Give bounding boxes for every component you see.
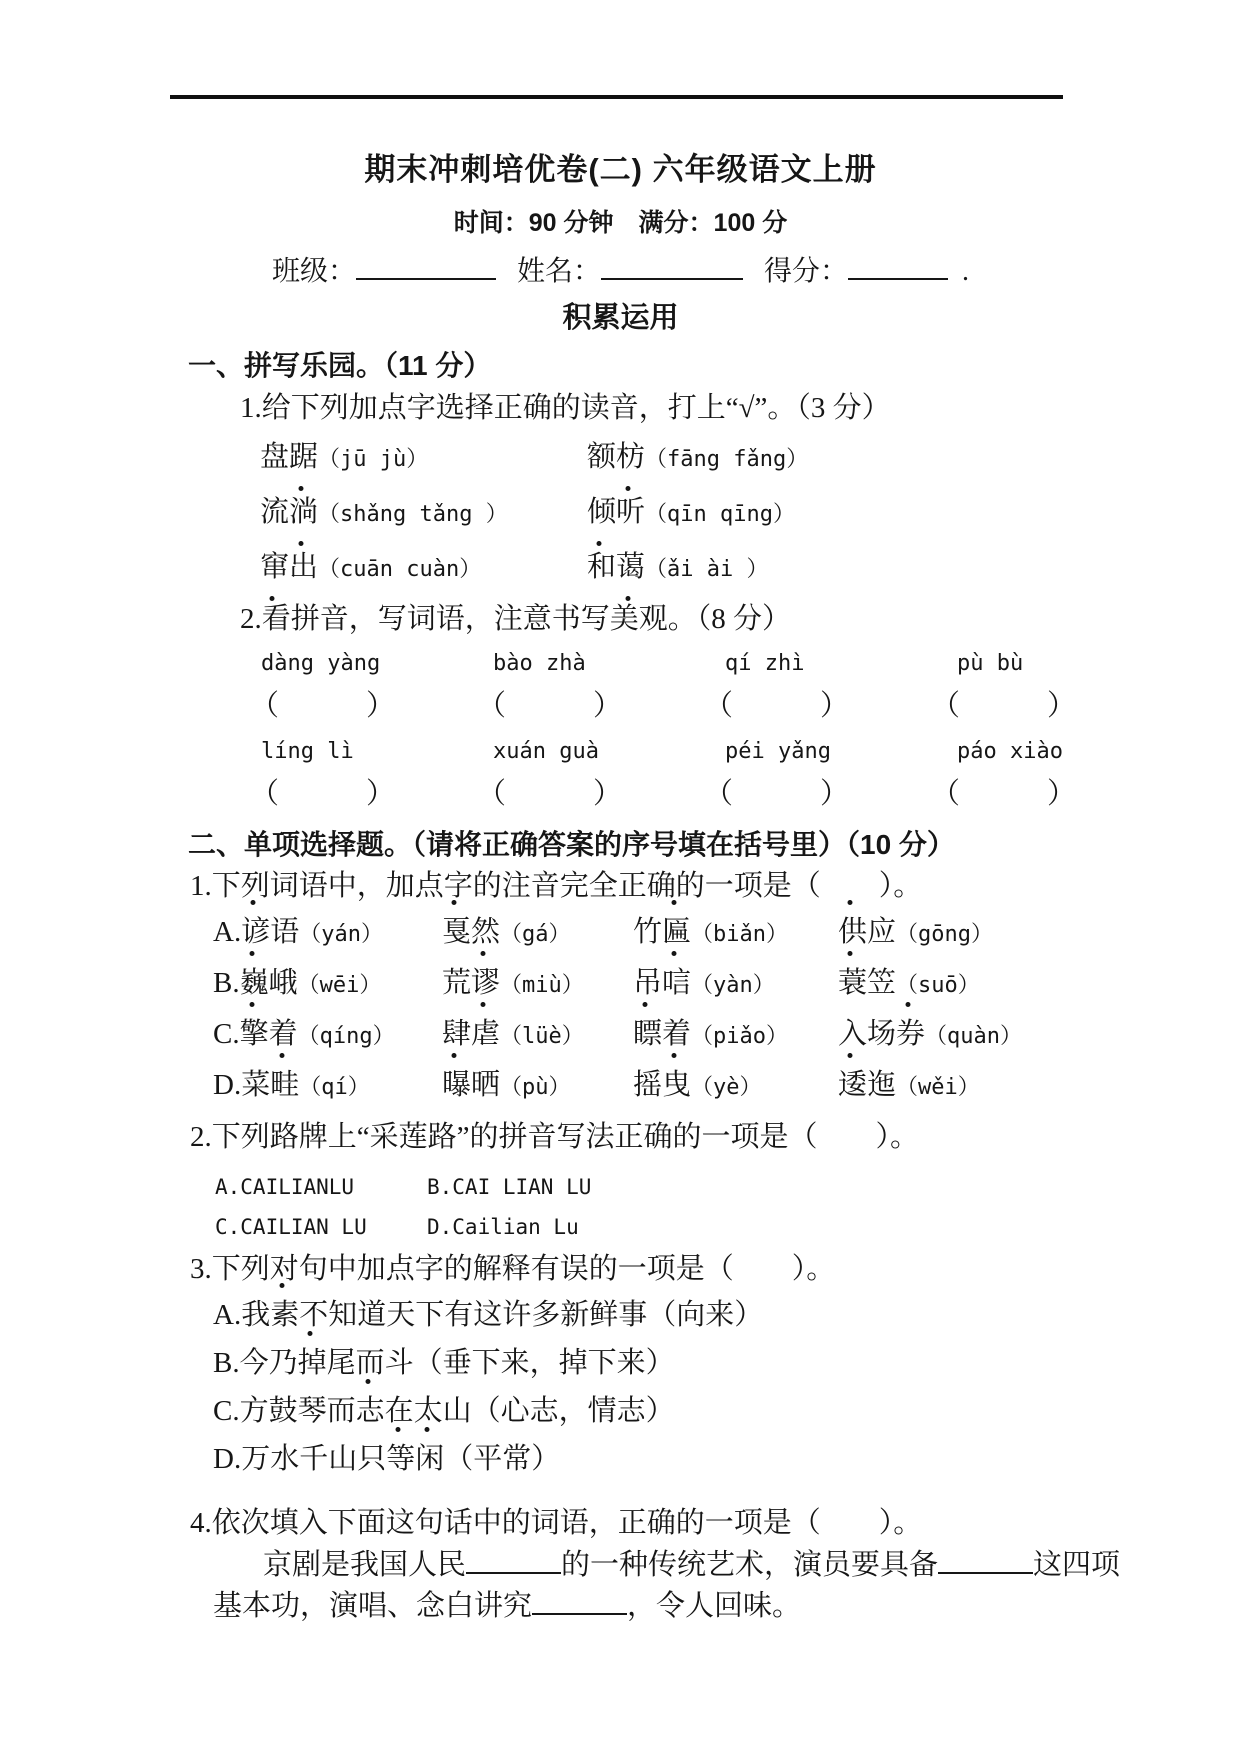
- sec1-q2-paren-row1-col1: （ ）: [250, 683, 477, 730]
- pinyin-text: （yàn）: [691, 973, 775, 998]
- sec1-q1-row2-col2: 倾听（qīn qīng）: [587, 496, 795, 528]
- cn-text: B.今乃: [213, 1347, 298, 1379]
- dotted-char: 匾: [662, 908, 691, 957]
- sec2-q3: 3.下列对句中加点字的解释有误的一项是（ ）。: [170, 1247, 1181, 1291]
- cn-text: 的一种传统艺术，演员要具备: [561, 1549, 938, 1581]
- cn-text: D.Cailian Lu: [427, 1215, 579, 1239]
- dotted-char: 枋: [616, 431, 645, 483]
- sec2-q1-optC-col3: 瞟着（piǎo）: [633, 1010, 838, 1061]
- cn-text: 峨: [269, 967, 298, 999]
- sec1-q1-row1-col1: 盘踞（jū jù）: [260, 431, 587, 486]
- sec1-q2-pinyin-row2-col3: péi yǎng: [725, 730, 957, 771]
- pinyin-text: pù bù: [957, 651, 1023, 676]
- sec2-q1-optD-col3: 摇曳（yè）: [633, 1061, 838, 1112]
- cn-text: 盘: [260, 441, 289, 473]
- cn-text: ，令人回味。: [627, 1590, 801, 1622]
- sec1-q1-row3-col2: 和蔼（ǎi ài ）: [587, 551, 769, 583]
- dotted-char: 蓑: [838, 959, 867, 1008]
- cn-text: 出: [289, 551, 318, 583]
- sec2-q4-para2: 基本功，演唱、念白讲究，令人回味。: [170, 1586, 1181, 1627]
- sec2-q3-optA-col1: A.我素不知道天下有这许多新鲜事（向来）: [213, 1299, 763, 1331]
- cn-text: 不知道天下有这许多新鲜事（向来）: [299, 1299, 763, 1331]
- dotted-char: 蔼: [616, 541, 645, 593]
- sec2-q1-optA-col3: 竹匾（biǎn）: [633, 908, 838, 959]
- sec1-q1-row1: 盘踞（jū jù）额枋（fāng fǎng）: [170, 431, 1181, 486]
- pinyin-text: （qí）: [299, 1075, 370, 1100]
- answer-blank: [466, 1550, 561, 1574]
- sec1-q2-paren-row2-col3: （ ）: [704, 771, 931, 818]
- sec2-q1-col1: 1.下列词语中，加点字的注音完全正确的一项是（ ）。: [190, 870, 922, 902]
- cn-text: 3.下列对句中加点字的解释有误的一项是（ ）。: [190, 1253, 835, 1285]
- sec2-q3-optC-col1: C.方鼓琴而志在太山（心志，情志）: [213, 1395, 675, 1427]
- pinyin-text: （quàn）: [925, 1024, 1022, 1049]
- answer-blank: [938, 1550, 1033, 1574]
- cn-text: （ ）: [477, 778, 622, 810]
- cn-text: A.: [213, 916, 241, 948]
- sec1-q2-pinyin-row1-col3: qí zhì: [725, 642, 957, 683]
- pinyin-text: （wěi）: [896, 1075, 980, 1100]
- exam-paper-page: 期末冲刺培优卷(二) 六年级语文上册 时间：90 分钟 满分：100 分 班级：…: [0, 0, 1241, 1754]
- sec1-q2-paren-row1: （ ）（ ）（ ）（ ）: [170, 683, 1181, 730]
- dotted-char: 瞟: [633, 1010, 662, 1059]
- pinyin-text: （jū jù）: [318, 447, 428, 472]
- cn-text: A.我: [213, 1299, 270, 1331]
- dotted-char: 畦: [270, 1061, 299, 1110]
- sec2-q4-para1-col1: 京剧是我国人民的一种传统艺术，演员要具备这四项: [263, 1549, 1120, 1581]
- dotted-char: 券: [896, 1010, 925, 1059]
- cn-text: 吊: [633, 967, 662, 999]
- sec1-q1-row2: 流淌（shǎng tǎng ）倾听（qīn qīng）: [170, 486, 1181, 541]
- dotted-char: 虐: [471, 1010, 500, 1059]
- cn-text: C.方鼓琴而: [213, 1395, 356, 1427]
- sec2-q2-optCD-col1: C.CAILIAN LU: [215, 1207, 427, 1247]
- sec1-q2-paren-row1-col3: （ ）: [704, 683, 931, 730]
- answer-blank: [532, 1591, 627, 1615]
- info-line: 班级： 姓名： 得分：.: [0, 254, 1241, 288]
- dotted-char: 谬: [471, 959, 500, 1008]
- cn-text: D.: [213, 1069, 241, 1101]
- dotted-char: 淌: [289, 486, 318, 538]
- sec2-q3-optD-col1: D.万水千山只等闲（平常）: [213, 1443, 560, 1475]
- cn-text: B.: [213, 967, 240, 999]
- info-suffix: .: [962, 256, 969, 287]
- cn-text: C.: [213, 1018, 240, 1050]
- cn-text: 荒: [442, 967, 471, 999]
- sec1-q2-paren-row2-col2: （ ）: [477, 771, 704, 818]
- sec1-q2-paren-row2-col4: （ ）: [931, 771, 1158, 818]
- cn-text: B.CAI LIAN LU: [427, 1175, 591, 1199]
- cn-text: 然: [471, 916, 500, 948]
- sec1-q2-paren-row1-col2: （ ）: [477, 683, 704, 730]
- sec2-q2: 2.下列路牌上“采莲路”的拼音写法正确的一项是（ ）。: [170, 1115, 1181, 1159]
- cn-text: （ ）: [704, 690, 849, 722]
- cn-text: 摇: [633, 1069, 662, 1101]
- cn-text: 基本功，演唱、念白讲究: [213, 1590, 532, 1622]
- pinyin-text: （qīn qīng）: [645, 502, 795, 527]
- pinyin-text: qí zhì: [725, 651, 804, 676]
- sec1-q2-pinyin-row2-col4: páo xiào: [957, 730, 1189, 771]
- cn-text: （ ）: [477, 690, 622, 722]
- sec2-q4-para2-col1: 基本功，演唱、念白讲究，令人回味。: [213, 1590, 801, 1622]
- sec1-q2: 2.看拼音，写词语，注意书写美观。（8 分）: [170, 596, 1181, 642]
- top-rule: [170, 95, 1063, 99]
- dotted-char: 逶: [838, 1061, 867, 1110]
- pinyin-text: （yán）: [299, 922, 383, 947]
- sec1-q2-pinyin-row2-col1: líng lì: [261, 730, 493, 771]
- dotted-char: 等: [386, 1435, 415, 1483]
- sec1-q2-pinyin-row1: dàng yàngbào zhàqí zhìpù bù: [170, 642, 1181, 683]
- cn-text: 这四项: [1033, 1549, 1120, 1581]
- sec2-q2-optCD: C.CAILIAN LUD.Cailian Lu: [170, 1207, 1181, 1247]
- sec2-q1-optB-col3: 吊唁（yàn）: [633, 959, 838, 1010]
- pinyin-text: （biǎn）: [691, 922, 788, 947]
- name-label: 姓名：: [517, 256, 601, 287]
- pinyin-text: （fāng fǎng）: [645, 447, 808, 472]
- dotted-char: 巍: [240, 959, 269, 1008]
- dotted-char: 擎: [240, 1010, 269, 1059]
- cn-text: 听: [616, 496, 645, 528]
- pinyin-text: （gá）: [500, 922, 571, 947]
- cn-text: 肆: [442, 1018, 471, 1050]
- sec1-q1-row1-col2: 额枋（fāng fǎng）: [587, 441, 808, 473]
- cn-text: （ ）: [250, 778, 395, 810]
- sec2-q1-optB-col1: B.巍峨（wēi）: [213, 959, 442, 1010]
- cn-text: 和: [587, 551, 616, 583]
- dotted-char: 曝: [442, 1061, 471, 1110]
- dotted-char: 曳: [662, 1061, 691, 1110]
- cn-text: 菜: [241, 1069, 270, 1101]
- sec1-heading-col1: 一、拼写乐园。（11 分）: [188, 350, 491, 381]
- name-field: 姓名：: [517, 256, 743, 287]
- sec2-heading: 二、单项选择题。（请将正确答案的序号填在括号里）（10 分）: [170, 826, 1181, 864]
- cn-text: 二、单项选择题。（请将正确答案的序号填在括号里）（10 分）: [188, 829, 955, 860]
- sec2-q1-optC-col1: C.擎着（qíng）: [213, 1010, 442, 1061]
- score-field: 得分：: [764, 256, 948, 287]
- sec2-q4-para1: 京剧是我国人民的一种传统艺术，演员要具备这四项: [170, 1545, 1181, 1586]
- dotted-char: 唁: [662, 959, 691, 1008]
- dotted-char: 谚: [241, 908, 270, 957]
- sec1-q1-row3-col1: 窜出（cuān cuàn）: [260, 541, 587, 596]
- sec2-q2-optCD-col2: D.Cailian Lu: [427, 1215, 579, 1239]
- cn-text: 语: [270, 916, 299, 948]
- cn-text: 1.给下列加点字选择正确的读音，打上“√”。（3 分）: [240, 392, 891, 424]
- sec1-q2-col1: 2.看拼音，写词语，注意书写美观。（8 分）: [240, 603, 791, 635]
- cn-text: 京剧是我国人民: [263, 1549, 466, 1581]
- dotted-char: 戛: [442, 908, 471, 957]
- sec1-q2-pinyin-row1-col1: dàng yàng: [261, 642, 493, 683]
- dotted-char: 供: [838, 908, 867, 957]
- sec2-q1-optA-col1: A.谚语（yán）: [213, 908, 442, 959]
- cn-text: （ ）: [250, 690, 395, 722]
- cn-text: （平常）: [444, 1443, 560, 1475]
- sec2-q1-optC-col2: 肆虐（lüè）: [442, 1010, 633, 1061]
- pinyin-text: （piǎo）: [691, 1024, 788, 1049]
- page-title: 期末冲刺培优卷(二) 六年级语文上册: [0, 0, 1241, 188]
- cn-text: 4.依次填入下面这句话中的词语，正确的一项是（ ）。: [190, 1507, 922, 1539]
- cn-text: 一、拼写乐园。（11 分）: [188, 350, 491, 381]
- pinyin-text: péi yǎng: [725, 739, 831, 764]
- sec1-q2-pinyin-row1-col4: pù bù: [957, 642, 1189, 683]
- pinyin-text: （pù）: [500, 1075, 571, 1100]
- cn-text: 应: [867, 916, 896, 948]
- pinyin-text: xuán guà: [493, 739, 599, 764]
- sec1-q2-pinyin-row1-col2: bào zhà: [493, 642, 725, 683]
- pinyin-text: （wēi）: [298, 973, 382, 998]
- cn-text: A.CAILIANLU: [215, 1175, 354, 1199]
- dotted-char: 掉: [298, 1339, 327, 1387]
- cn-text: 迤: [867, 1069, 896, 1101]
- sec2-q1-optB-col2: 荒谬（miù）: [442, 959, 633, 1010]
- cn-text: （ ）: [931, 690, 1076, 722]
- pinyin-text: （lüè）: [500, 1024, 584, 1049]
- pinyin-text: líng lì: [261, 739, 354, 764]
- class-blank: [356, 254, 496, 280]
- part-header: 积累运用: [0, 302, 1241, 334]
- sec1-q2-pinyin-row2-col2: xuán guà: [493, 730, 725, 771]
- pinyin-text: páo xiào: [957, 739, 1063, 764]
- sec2-q3-optA: A.我素不知道天下有这许多新鲜事（向来）: [170, 1291, 1181, 1339]
- score-blank: [848, 254, 948, 280]
- sec2-q2-optAB-col1: A.CAILIANLU: [215, 1167, 427, 1207]
- sec2-q3-optB-col1: B.今乃掉尾而斗（垂下来，掉下来）: [213, 1347, 675, 1379]
- pinyin-text: （cuān cuàn）: [318, 557, 481, 582]
- sec2-q1-optA-col2: 戛然（gá）: [442, 908, 633, 959]
- sec2-q4-col1: 4.依次填入下面这句话中的词语，正确的一项是（ ）。: [190, 1507, 922, 1539]
- class-field: 班级：: [272, 256, 496, 287]
- cn-text: 1.下列词语中，加点字的注音完全正确的一项是（ ）。: [190, 870, 922, 902]
- cn-text: （ ）: [931, 778, 1076, 810]
- sec2-q1-optB-col4: 蓑笠（suō）: [838, 967, 980, 999]
- sec2-q1-optD-col1: D.菜畦（qí）: [213, 1061, 442, 1112]
- cn-text: 晒: [471, 1069, 500, 1101]
- cn-text: 竹: [633, 916, 662, 948]
- sec2-q1-optD: D.菜畦（qí）曝晒（pù）摇曳（yè）逶迤（wěi）: [170, 1061, 1181, 1112]
- dotted-char: 闲: [415, 1435, 444, 1483]
- sec1-heading: 一、拼写乐园。（11 分）: [170, 347, 1181, 385]
- dotted-char: 窜: [260, 541, 289, 593]
- cn-text: 尾而斗（垂下来，掉下来）: [327, 1347, 675, 1379]
- sec1-q1-row3: 窜出（cuān cuàn）和蔼（ǎi ài ）: [170, 541, 1181, 596]
- pinyin-text: （qíng）: [298, 1024, 395, 1049]
- sec2-q3-col1: 3.下列对句中加点字的解释有误的一项是（ ）。: [190, 1253, 835, 1285]
- class-label: 班级：: [272, 256, 356, 287]
- pinyin-text: （ǎi ài ）: [645, 557, 768, 582]
- sec2-q3-optC: C.方鼓琴而志在太山（心志，情志）: [170, 1387, 1181, 1435]
- sec2-q3-optD: D.万水千山只等闲（平常）: [170, 1435, 1181, 1483]
- sec2-q2-col1: 2.下列路牌上“采莲路”的拼音写法正确的一项是（ ）。: [190, 1121, 919, 1153]
- pinyin-text: dàng yàng: [261, 651, 380, 676]
- pinyin-text: （gōng）: [896, 922, 993, 947]
- pinyin-text: （suō）: [896, 973, 980, 998]
- sec1-q1: 1.给下列加点字选择正确的读音，打上“√”。（3 分）: [170, 385, 1181, 431]
- sec1-q2-paren-row2-col1: （ ）: [250, 771, 477, 818]
- cn-text: 在太山（心志，情志）: [385, 1395, 675, 1427]
- sec1-q2-paren-row1-col4: （ ）: [931, 683, 1158, 730]
- cn-text: 着: [269, 1018, 298, 1050]
- sec2-q1-optD-col4: 逶迤（wěi）: [838, 1069, 980, 1101]
- pinyin-text: bào zhà: [493, 651, 586, 676]
- cn-text: （ ）: [704, 778, 849, 810]
- cn-text: D.万水千山只: [213, 1443, 386, 1475]
- sec2-q2-optAB-col2: B.CAI LIAN LU: [427, 1175, 591, 1199]
- cn-text: 笠: [867, 967, 896, 999]
- sec2-q1-optC-col4: 入场券（quàn）: [838, 1018, 1022, 1050]
- sec1-q1-col1: 1.给下列加点字选择正确的读音，打上“√”。（3 分）: [240, 392, 891, 424]
- dotted-char: 志: [356, 1387, 385, 1435]
- sec1-q2-paren-row2: （ ）（ ）（ ）（ ）: [170, 771, 1181, 818]
- sec2-heading-col1: 二、单项选择题。（请将正确答案的序号填在括号里）（10 分）: [188, 829, 955, 860]
- content-area: 一、拼写乐园。（11 分）1.给下列加点字选择正确的读音，打上“√”。（3 分）…: [170, 347, 1181, 1627]
- cn-text: 2.看拼音，写词语，注意书写美观。（8 分）: [240, 603, 791, 635]
- dotted-char: 踞: [289, 431, 318, 483]
- pinyin-text: （shǎng tǎng ）: [318, 502, 508, 527]
- sec2-q4: 4.依次填入下面这句话中的词语，正确的一项是（ ）。: [170, 1501, 1181, 1545]
- sec2-q3-optB: B.今乃掉尾而斗（垂下来，掉下来）: [170, 1339, 1181, 1387]
- dotted-char: 素: [270, 1291, 299, 1339]
- sec1-q2-pinyin-row2: líng lìxuán guàpéi yǎngpáo xiào: [170, 730, 1181, 771]
- pinyin-text: （miù）: [500, 973, 584, 998]
- name-blank: [601, 254, 743, 280]
- sec2-q1-optA-col4: 供应（gōng）: [838, 916, 993, 948]
- sec1-q1-row2-col1: 流淌（shǎng tǎng ）: [260, 486, 587, 541]
- cn-text: 2.下列路牌上“采莲路”的拼音写法正确的一项是（ ）。: [190, 1121, 919, 1153]
- sec2-q1-optD-col2: 曝晒（pù）: [442, 1061, 633, 1112]
- cn-text: 着: [662, 1018, 691, 1050]
- sec2-q1-optB: B.巍峨（wēi）荒谬（miù）吊唁（yàn）蓑笠（suō）: [170, 959, 1181, 1010]
- pinyin-text: （yè）: [691, 1075, 762, 1100]
- cn-text: 额: [587, 441, 616, 473]
- score-label: 得分：: [764, 256, 848, 287]
- exam-meta: 时间：90 分钟 满分：100 分: [0, 208, 1241, 238]
- cn-text: 流: [260, 496, 289, 528]
- dotted-char: 倾: [587, 486, 616, 538]
- cn-text: C.CAILIAN LU: [215, 1215, 367, 1239]
- sec2-q2-optAB: A.CAILIANLUB.CAI LIAN LU: [170, 1167, 1181, 1207]
- cn-text: 入场: [838, 1018, 896, 1050]
